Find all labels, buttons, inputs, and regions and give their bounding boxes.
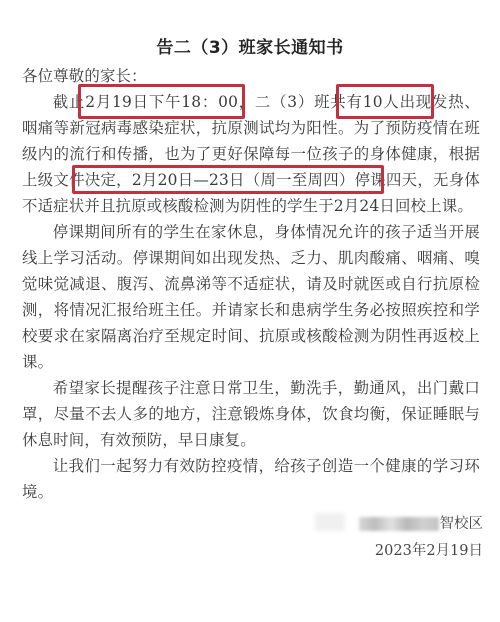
notice-title: 告二（3）班家长通知书: [0, 33, 500, 58]
redaction-blur: [359, 517, 439, 531]
signature-block: 智校区 2023年2月19日: [359, 511, 484, 565]
paragraph-suspension-guidance: 停课期间所有的学生在家休息，身体情况允许的孩子适当开展线上学习活动。停课期间如出…: [22, 219, 480, 375]
redaction-blur-faint: [315, 513, 345, 531]
greeting: 各位尊敬的家长：: [22, 63, 480, 89]
signature-date: 2023年2月19日: [359, 538, 484, 565]
paragraph-closing: 让我们一起努力有效防控疫情，给孩子创造一个健康的学习环境。: [22, 453, 480, 505]
paragraph-hygiene-reminder: 希望家长提醒孩子注意日常卫生，勤洗手，勤通风，出门戴口罩，尽量不去人多的地方，注…: [22, 375, 480, 453]
paragraph-announcement: 截止2月19日下午18：00，二（3）班共有10人出现发热、咽痛等新冠病毒感染症…: [22, 89, 480, 219]
school-name-suffix: 智校区: [440, 516, 484, 532]
notice-body: 各位尊敬的家长： 截止2月19日下午18：00，二（3）班共有10人出现发热、咽…: [22, 63, 480, 505]
school-name: 智校区: [359, 511, 484, 538]
